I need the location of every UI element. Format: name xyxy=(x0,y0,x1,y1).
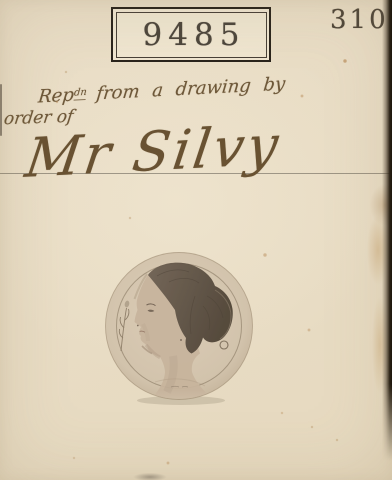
paper-vignette-overlay xyxy=(0,0,392,480)
earring-dot xyxy=(180,339,182,341)
annotation-line-1: Repdnfrom a drawing by xyxy=(37,73,286,107)
stamp-number-box: 9485 xyxy=(111,7,271,62)
left-edge-mark xyxy=(0,84,2,136)
annotation-rest: from a drawing by xyxy=(95,73,286,104)
portrait-medallion xyxy=(99,246,259,406)
nostril xyxy=(137,325,139,327)
album-page: 9485 310 Repdnfrom a drawing by order of… xyxy=(0,0,392,480)
signature: Mr Silvy xyxy=(22,113,285,190)
annotation-prefix: Rep xyxy=(37,85,75,108)
page-number: 310 xyxy=(330,5,389,35)
annotation-superscript: dn xyxy=(73,86,87,100)
page-edge-shadow xyxy=(382,0,392,480)
stamp-number: 9485 xyxy=(137,17,246,53)
foxing-spots-overlay xyxy=(0,0,392,480)
